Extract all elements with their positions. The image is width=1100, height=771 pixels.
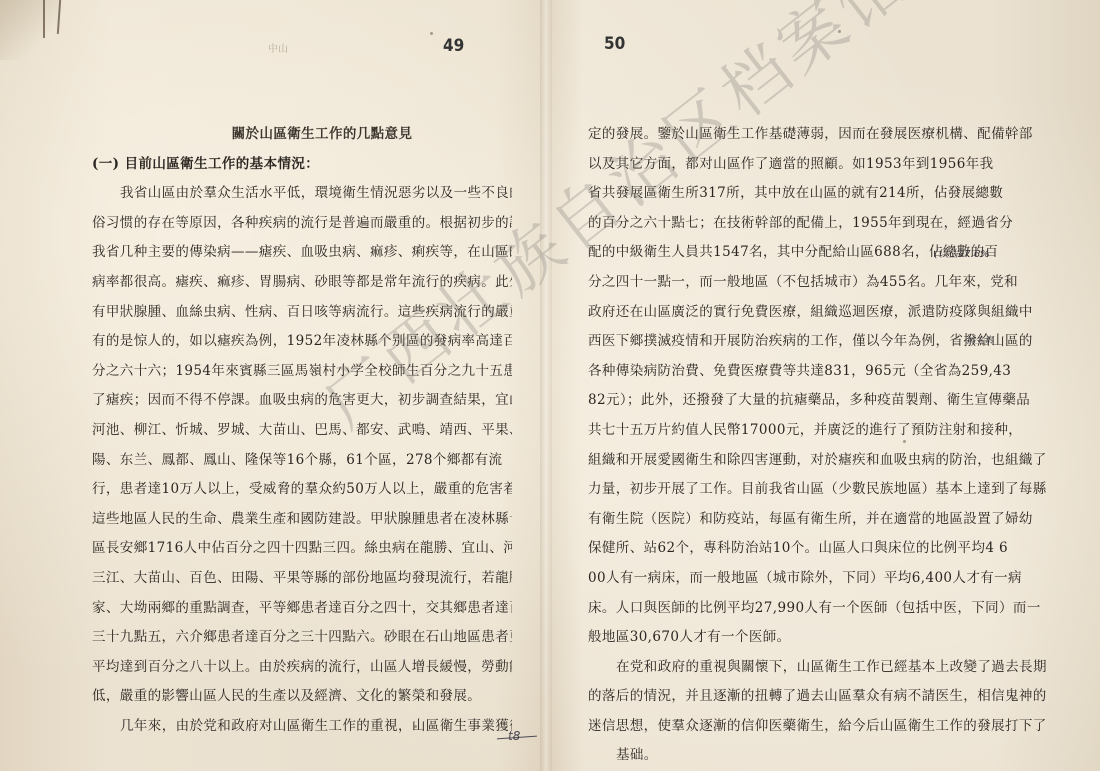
handwritten-note: 抗生素	[966, 333, 993, 346]
text-line: 區長安鄉1716人中佔百分之四十四點三四。絲虫病在龍勝、宜山、河池	[92, 534, 512, 564]
text-line: 床。人口與医師的比例平均27,990人有一个医師（包括中医，下同）而一	[588, 594, 1048, 624]
faint-mark: 中山	[268, 40, 288, 55]
text-line: 有的是惊人的，如以瘧疾為例，1952年凌林縣个别區的發病率高達百	[92, 327, 512, 357]
page-number: 49	[443, 36, 464, 56]
text-line: 共七十五万片約值人民幣17000元，并廣泛的進行了預防注射和接种，	[588, 416, 1048, 446]
text-line: 的百分之六十點七；在技術幹部的配備上，1955年到現在，經過省分	[588, 209, 1048, 239]
text-line: 有衛生院（医院）和防疫站，每區有衛生所，并在適當的地區設置了婦幼	[588, 505, 1048, 535]
text-line: 几年來，由於党和政府对山區衛生工作的重視，山區衛生事業獲得了一	[92, 712, 512, 742]
text-line: 分之六十六；1954年來賓縣三區馬嶺村小学全校師生百分之九十五患	[92, 357, 512, 387]
text-line: 家、大坳兩鄉的重點調查，平等鄉患者達百分之四十，交其鄉患者達百分之	[92, 594, 512, 624]
text-line: 保健所、站62个，專科防治站10个。山區人口與床位的比例平均4 6	[588, 534, 1048, 564]
text-line: 般地區30,670人才有一个医師。	[588, 623, 1048, 653]
section-heading: (一) 目前山區衛生工作的基本情況：	[92, 150, 512, 180]
paper-speck	[903, 440, 906, 443]
text-line: 基础。	[588, 741, 1048, 771]
text-line: 組織和开展愛國衛生和除四害運動，对於瘧疾和血吸虫病的防治，也組織了	[588, 446, 1048, 476]
text-line: 陽、东兰、鳳都、鳳山、隆保等16个縣，61个區，278个鄉都有流	[92, 446, 512, 476]
text-line: 三江、大苗山、百色、田陽、平果等縣的部份地區均發現流行，若龍勝界	[92, 564, 512, 594]
text-line: 了瘧疾；因而不得不停課。血吸虫病的危害更大，初步調查結果，宜山、	[92, 386, 512, 416]
text-line: 各种傳染病防治費、免費医療費等共達831，965元（全省為259,43	[588, 357, 1048, 387]
text-line: 力量，初步开展了工作。目前我省山區（少數民族地區）基本上達到了每縣	[588, 475, 1048, 505]
text-line: 河池、柳江、忻城、罗城、大苗山、巴馬、都安、武鳴、靖西、平果、晋	[92, 416, 512, 446]
right-page: 50 定的發展。鑒於山區衛生工作基礎薄弱，因而在發展医療机構、配備幹部 以及其它…	[548, 0, 1100, 771]
text-line: 分之四十一點一，而一般地區（不包括城市）為455名。几年來，党和	[588, 268, 1048, 298]
text-line: 有甲狀腺腫、血絲虫病、性病、百日咳等病流行。這些疾病流行的嚴重程度	[92, 298, 512, 328]
handwritten-note: (以佔27.6%	[934, 245, 990, 260]
text-line: 在党和政府的重視與關懷下，山區衛生工作已經基本上改變了過去長期	[588, 653, 1048, 683]
text-line: 00人有一病床，而一般地區（城市除外，下同）平均6,400人才有一病	[588, 564, 1048, 594]
text-line: 省共發展區衛生所317所，其中放在山區的就有214所，佔發展總數	[588, 179, 1048, 209]
paper-speck	[430, 32, 433, 35]
left-page: 中山 49 關於山區衛生工作的几點意見 (一) 目前山區衛生工作的基本情況： 我…	[0, 0, 540, 771]
text-line: 這些地區人民的生命、農業生產和國防建設。甲狀腺腫患者在凌林縣十三	[92, 505, 512, 535]
text-line: 的落后的情況，并且逐漸的扭轉了過去山區羣众有病不請医生，相信鬼神的	[588, 682, 1048, 712]
text-line: 我省山區由於羣众生活水平低，環境衛生情況惡劣以及一些不良的風	[92, 179, 512, 209]
paper-speck	[414, 725, 417, 728]
text-line: 平均達到百分之八十以上。由於疾病的流行，山區人增長緩慢，勞動能力	[92, 653, 512, 683]
text-line: 迷信思想，使羣众逐漸的信仰医藥衛生，給今后山區衛生工作的發展打下了	[588, 712, 1048, 742]
text-line: 行，患者達10万人以上，受威脅的羣众約50万人以上，嚴重的危害着	[92, 475, 512, 505]
page-number: 50	[604, 34, 625, 54]
text-line: 低，嚴重的影響山區人民的生產以及經濟、文化的繁榮和發展。	[92, 682, 512, 712]
paper-speck	[838, 30, 841, 33]
text-line: 我省几种主要的傳染病——瘧疾、血吸虫病、痲疹、痢疾等，在山區的發	[92, 238, 512, 268]
text-line: 俗习惯的存在等原因，各种疾病的流行是普遍而嚴重的。根据初步的調査，	[92, 209, 512, 239]
text-line: 82元）；此外，还撥發了大量的抗瘧藥品，多种疫苗製劑、衛生宣傳藥品	[588, 386, 1048, 416]
document-spread: 中山 49 關於山區衛生工作的几點意見 (一) 目前山區衛生工作的基本情況： 我…	[0, 0, 1100, 771]
text-line: 政府还在山區廣泛的實行免費医療，組織巡迴医療，派遣防疫隊與組織中	[588, 298, 1048, 328]
text-line: 定的發展。鑒於山區衛生工作基礎薄弱，因而在發展医療机構、配備幹部	[588, 120, 1048, 150]
document-title: 關於山區衛生工作的几點意見	[92, 120, 512, 150]
text-line: 病率都很高。瘧疾、痲疹、胃腸病、砂眼等都是常年流行的疾病。此外还	[92, 268, 512, 298]
text-line: 三十九點五，六介鄉患者達百分之三十四點六。砂眼在石山地區患者更多，	[92, 623, 512, 653]
right-page-text: 定的發展。鑒於山區衛生工作基礎薄弱，因而在發展医療机構、配備幹部 以及其它方面，…	[588, 120, 1048, 771]
left-page-text: 關於山區衛生工作的几點意見 (一) 目前山區衛生工作的基本情況： 我省山區由於羣…	[92, 120, 512, 741]
handwritten-signature: t8	[508, 729, 520, 743]
text-line: 以及其它方面，都对山區作了適當的照顧。如1953年到1956年我	[588, 150, 1048, 180]
